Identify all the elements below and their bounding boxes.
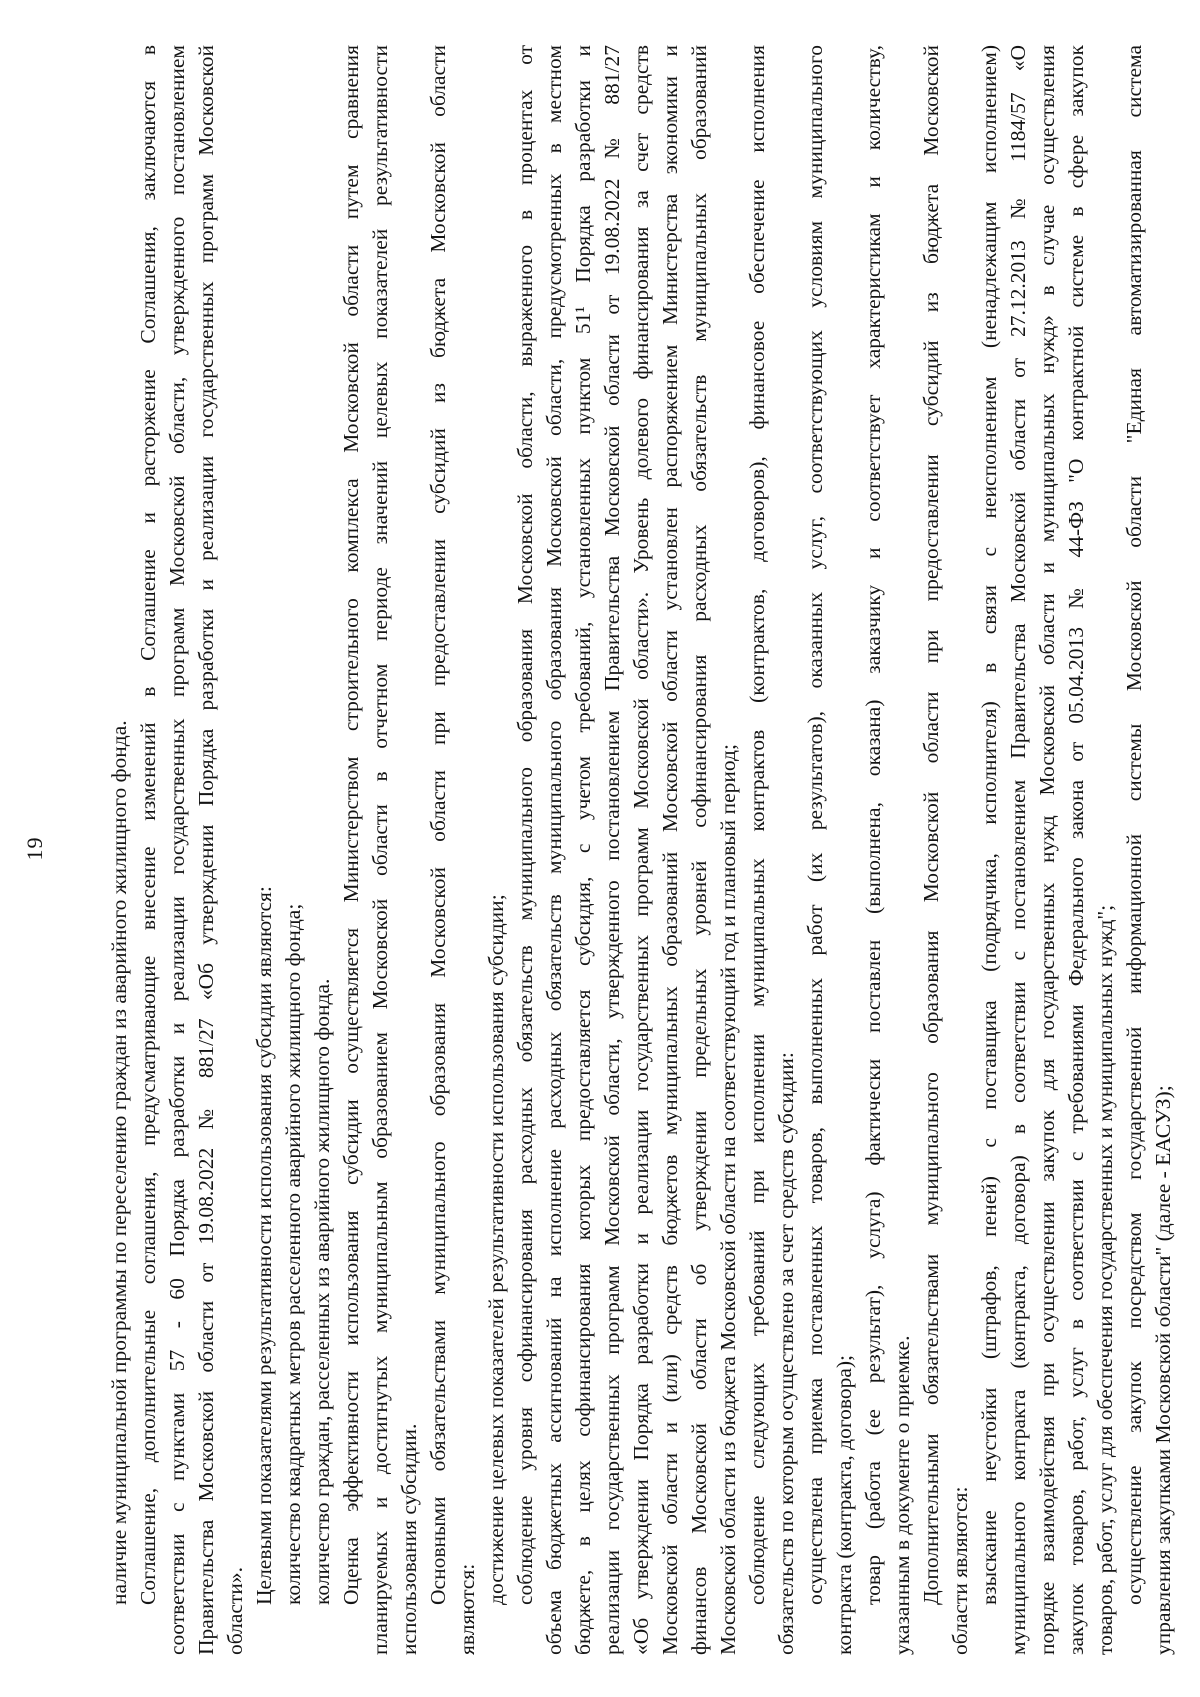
text-line: Московской области из бюджета Московской… bbox=[714, 45, 743, 1655]
text-line: количество квадратных метров расселенног… bbox=[279, 45, 308, 1655]
text-line: соблюдение следующих требований при испо… bbox=[743, 45, 772, 1655]
text-line: Целевыми показателями результативности и… bbox=[250, 45, 279, 1655]
text-line: муниципального контракта (контракта, дог… bbox=[1004, 45, 1033, 1655]
text-line: использования субсидии. bbox=[395, 45, 424, 1655]
text-line: Московской области и (или) средств бюдже… bbox=[656, 45, 685, 1655]
document-text: наличие муниципальной программы по перес… bbox=[105, 45, 1178, 1655]
text-line: взыскание неустойки (штрафов, пеней) с п… bbox=[975, 45, 1004, 1655]
text-line: Дополнительными обязательствами муниципа… bbox=[917, 45, 946, 1655]
text-line: Оценка эффективности использования субси… bbox=[337, 45, 366, 1655]
text-line: наличие муниципальной программы по перес… bbox=[105, 45, 134, 1655]
text-line: «Об утверждении Порядка разработки и реа… bbox=[627, 45, 656, 1655]
text-line: осуществлена приемка поставленных товаро… bbox=[801, 45, 830, 1655]
text-line: объема бюджетных ассигнований на исполне… bbox=[540, 45, 569, 1655]
text-line: порядке взаимодействия при осуществлении… bbox=[1033, 45, 1062, 1655]
text-line: являются: bbox=[453, 45, 482, 1655]
text-line: соответствии с пунктами 57 - 60 Порядка … bbox=[163, 45, 192, 1655]
text-line: Правительства Московской области от 19.0… bbox=[192, 45, 221, 1655]
text-line: реализации государственных программ Моск… bbox=[598, 45, 627, 1655]
rotated-page-content: 19 наличие муниципальной программы по пе… bbox=[0, 0, 1200, 1697]
text-line: товар (работа (ее результат), услуга) фа… bbox=[859, 45, 888, 1655]
text-line: соблюдение уровня софинансирования расхо… bbox=[511, 45, 540, 1655]
text-line: планируемых и достигнутых муниципальным … bbox=[366, 45, 395, 1655]
text-line: количество граждан, расселенных из авари… bbox=[308, 45, 337, 1655]
text-line: области». bbox=[221, 45, 250, 1655]
text-line: области являются: bbox=[946, 45, 975, 1655]
text-line: Основными обязательствами муниципального… bbox=[424, 45, 453, 1655]
document-page: 19 наличие муниципальной программы по пе… bbox=[0, 0, 1200, 1697]
text-line: указанным в документе о приемке. bbox=[888, 45, 917, 1655]
text-line: бюджете, в целях софинансирования которы… bbox=[569, 45, 598, 1655]
text-line: достижение целевых показателей результат… bbox=[482, 45, 511, 1655]
text-line: закупок товаров, работ, услуг в соответс… bbox=[1062, 45, 1091, 1655]
text-line: обязательств по которым осуществлено за … bbox=[772, 45, 801, 1655]
text-line: контракта (контракта, договора); bbox=[830, 45, 859, 1655]
text-line: Соглашение, дополнительные соглашения, п… bbox=[134, 45, 163, 1655]
text-line: управления закупками Московской области"… bbox=[1149, 45, 1178, 1655]
text-line: товаров, работ, услуг для обеспечения го… bbox=[1091, 45, 1120, 1655]
page-number: 19 bbox=[22, 0, 48, 1697]
text-line: осуществление закупок посредством госуда… bbox=[1120, 45, 1149, 1655]
text-line: финансов Московской области об утвержден… bbox=[685, 45, 714, 1655]
